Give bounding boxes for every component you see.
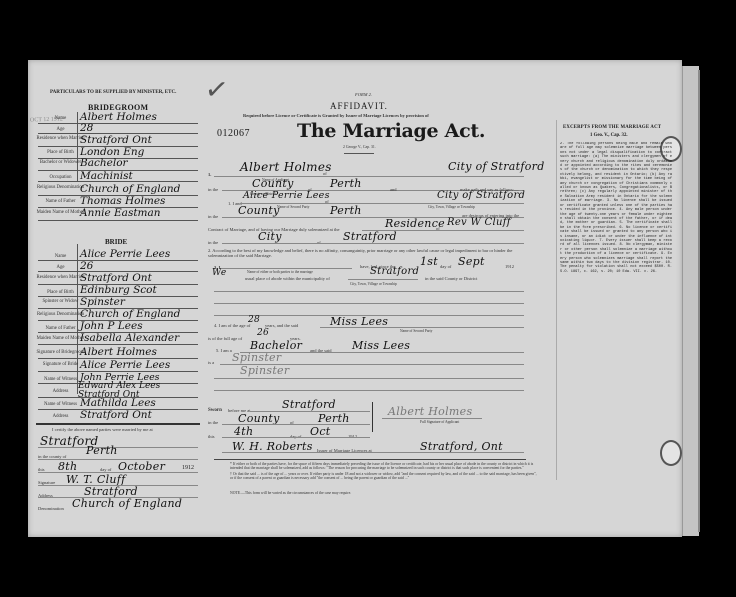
form-number: FORM 2. <box>355 92 372 97</box>
applicant-full-signature: Albert Holmes <box>388 405 472 418</box>
para-5-text: 5. I am a <box>216 348 232 353</box>
second-party-county-type: County <box>238 204 280 217</box>
second-party-county: Perth <box>330 204 362 217</box>
act-title: The Marriage Act. <box>297 120 485 142</box>
applicant-place: City of Stratford <box>448 160 545 173</box>
since-day-of: day of <box>440 264 451 269</box>
bride-residence-value: Stratford Ont <box>80 272 152 284</box>
bride-denomination-value: Church of England <box>80 308 180 320</box>
is-a-label: is a <box>208 360 214 365</box>
applicant-name: Albert Holmes <box>240 160 332 174</box>
address2-value: Stratford Ont <box>80 409 152 421</box>
groom-denomination-value: Church of England <box>80 183 180 195</box>
certify-statement: I certify the above named parties were m… <box>52 427 153 432</box>
binder-tab <box>682 66 699 536</box>
witness2-value: Mathilda Lees <box>80 397 156 409</box>
in-the-label-3: in the <box>208 240 218 245</box>
second-party-name: Alice Perrie Lees <box>243 190 330 201</box>
act-reference: 2 George V., Cap. 31. <box>343 145 376 149</box>
groom-mother-value: Annie Eastman <box>80 207 161 219</box>
in-the-label-2: in the <box>208 214 218 219</box>
applicant-county: Perth <box>330 177 362 190</box>
municipality-caption: City, Town, Village or Township <box>350 282 397 286</box>
groom-father-value: Thomas Holmes <box>80 195 165 207</box>
footnote-note: NOTE.—This form will be varied as the ci… <box>230 491 540 496</box>
para-3-caption: Name of either or both parties to the ma… <box>247 270 313 274</box>
para-4-text-b: years, and the said <box>265 323 298 328</box>
residence-since-month: Sept <box>458 255 485 268</box>
bride-birthplace-value: Edinburg Scot <box>80 284 157 296</box>
in-county-text: in the said County or District <box>425 276 477 281</box>
party-of-label: of <box>325 199 329 204</box>
footnote-2: † Or that the said ... is of the age of … <box>230 472 540 490</box>
ceremony-city: Stratford <box>343 230 397 243</box>
full-age-text: is of the full age of <box>208 336 242 341</box>
excerpts-body: 2. The following persons being male and … <box>560 142 672 480</box>
para-5-party: Miss Lees <box>352 339 410 352</box>
abode-municipality: Stratford <box>370 266 419 277</box>
sworn-label: Sworn <box>208 408 222 413</box>
excerpts-heading: EXCERPTS FROM THE MARRIAGE ACT <box>563 125 661 130</box>
party-status-2: Spinster <box>240 364 289 377</box>
and-label: and <box>390 187 397 192</box>
second-party-caption: Name of Second Party <box>277 205 309 209</box>
sworn-this: this <box>208 434 215 439</box>
groom-signature-value: Albert Holmes <box>80 346 157 358</box>
groom-status-value: Bachelor <box>80 157 128 169</box>
para-4-text: 4. I am of the age of <box>214 323 250 328</box>
of-label: of <box>323 171 327 176</box>
minister-name: Rev W Cluff <box>447 217 511 228</box>
in-the-label: in the <box>208 187 218 192</box>
cert-year-value: 1912 <box>182 465 194 471</box>
checkmark-icon: ✓ <box>203 72 231 108</box>
sworn-place: Stratford <box>282 398 336 411</box>
bride-signature-value: Alice Perrie Lees <box>80 359 170 371</box>
cert-denomination-value: Church of England <box>72 497 182 510</box>
affidavit-title: AFFIDAVIT. <box>330 101 388 111</box>
groom-residence-value: Stratford Ont <box>80 134 152 146</box>
applicant-age: 28 <box>248 315 260 325</box>
cert-county-value: Perth <box>86 444 118 457</box>
binder-tab-edge <box>698 70 700 532</box>
applicant-county-type: County <box>252 177 294 190</box>
bride-heading: BRIDE <box>105 238 127 246</box>
bride-status-value: Spinster <box>80 296 125 308</box>
footnote-1: * If either or both of the parties have,… <box>230 462 540 472</box>
excerpts-subheading: 1 Geo. V., Cap. 32. <box>590 133 628 138</box>
we-value: We <box>212 268 226 278</box>
bride-father-value: John P Lees <box>80 320 143 332</box>
bride-name-value: Alice Perrie Lees <box>80 248 170 260</box>
second-party-place: City of Stratford <box>437 190 525 201</box>
sworn-in-the: in the <box>208 420 218 425</box>
party-age: 26 <box>257 328 269 338</box>
para-1-number: 1. <box>208 172 211 177</box>
cert-denomination-label: Denomination <box>38 506 64 511</box>
residence-since-year: 1912 <box>505 264 514 269</box>
party-place-caption: City, Town, Village or Township <box>428 205 475 209</box>
affidavit-subtitle: Required before Licence or Certificate i… <box>243 113 429 118</box>
serial-number: 012067 <box>217 128 250 139</box>
party-status: Spinster <box>232 351 281 364</box>
residence-since-day: 1st <box>420 255 438 268</box>
signature-caption: Full Signature of Applicant <box>420 420 459 424</box>
ceremony-city-type: City <box>258 230 282 243</box>
para-4-caption: Name of Second Party <box>400 329 432 333</box>
particulars-heading: PARTICULARS TO BE SUPPLIED BY MINISTER, … <box>50 90 176 95</box>
usual-abode-text: usual place of abode within the municipa… <box>245 276 330 281</box>
bride-mother-value: Isabella Alexander <box>80 332 179 344</box>
